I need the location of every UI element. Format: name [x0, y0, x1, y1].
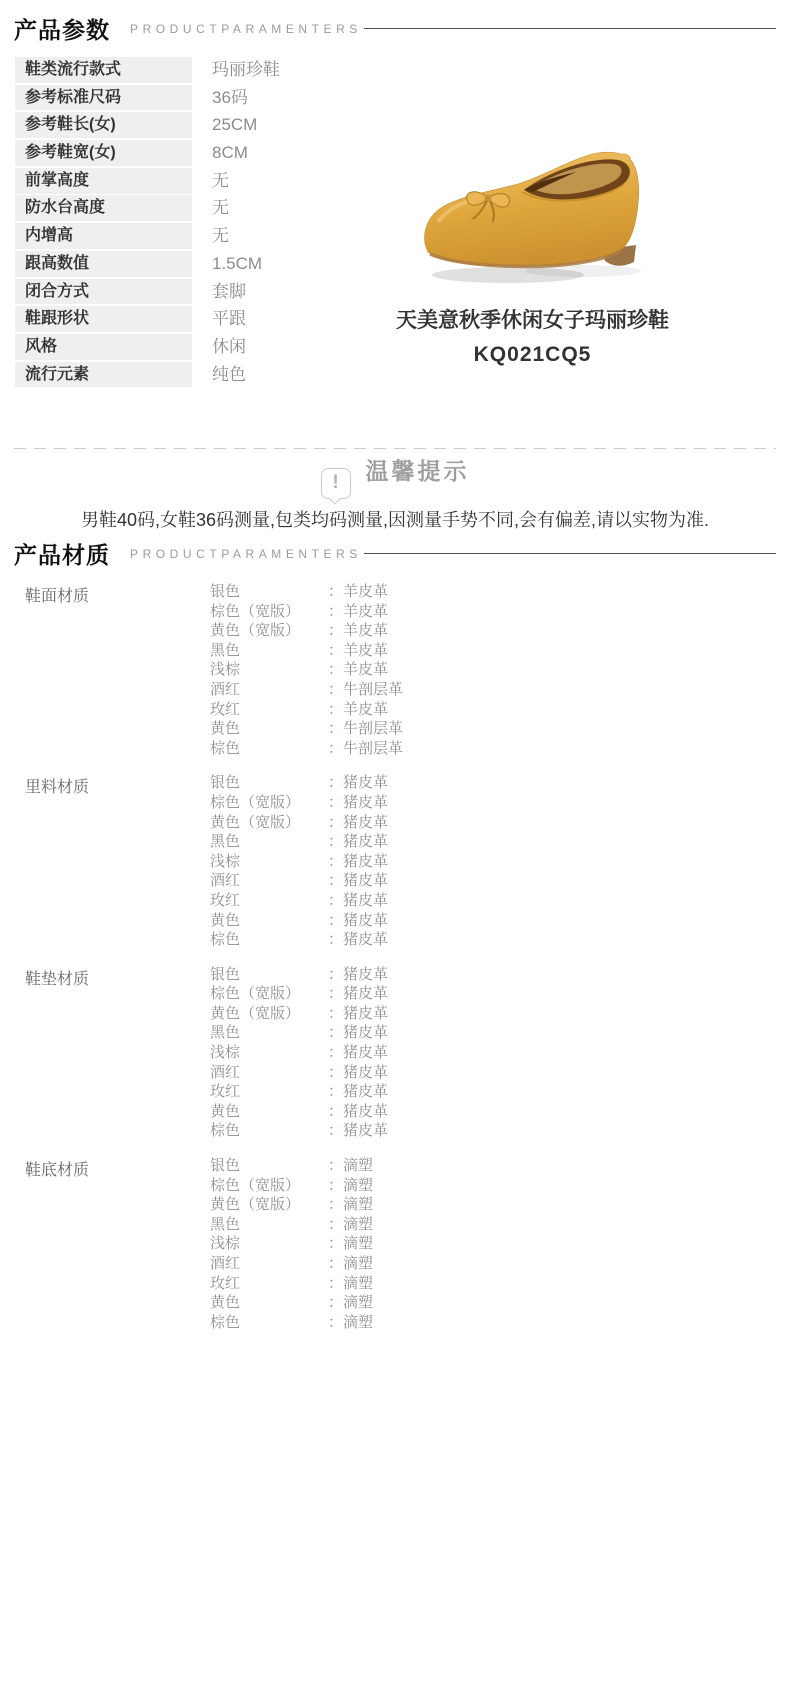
material-row: 银色：猪皮革	[210, 773, 765, 793]
material-section-label: 里料材质	[25, 774, 89, 797]
material-section: 里料材质 银色：猪皮革 棕色（宽版）：猪皮革 黄色（宽版）：猪皮革 黑色：猪皮革…	[25, 773, 765, 949]
material-color-name: 玫红	[210, 1274, 328, 1294]
material-separator: ：	[328, 1216, 343, 1233]
material-color-name: 酒红	[210, 1254, 328, 1274]
material-row: 银色：羊皮革	[210, 582, 765, 602]
material-color-name: 黄色	[210, 719, 328, 739]
param-label: 参考标准尺码	[15, 85, 192, 111]
material-color-name: 浅棕	[210, 852, 328, 872]
material-row: 棕色：猪皮革	[210, 930, 765, 950]
material-color-name: 黑色	[210, 832, 328, 852]
section-header-parameters: 产品参数 PRODUCTPARAMENTERS	[14, 12, 776, 45]
product-image	[408, 150, 658, 292]
notice-header: ! 温馨提示	[0, 456, 790, 499]
material-value: 猪皮革	[343, 872, 388, 889]
exclamation-icon: !	[321, 468, 351, 499]
material-separator: ：	[328, 701, 343, 718]
material-row: 酒红：猪皮革	[210, 871, 765, 891]
material-separator: ：	[328, 853, 343, 870]
material-value: 猪皮革	[343, 1122, 388, 1139]
param-value: 1.5CM	[212, 251, 262, 277]
section-subtitle: PRODUCTPARAMENTERS	[130, 22, 362, 36]
param-value: 无	[212, 168, 229, 194]
material-color-name: 玫红	[210, 1082, 328, 1102]
material-row: 黄色：猪皮革	[210, 1102, 765, 1122]
material-color-name: 浅棕	[210, 1234, 328, 1254]
material-color-name: 酒红	[210, 680, 328, 700]
material-value: 猪皮革	[343, 1083, 388, 1100]
material-row: 浅棕：猪皮革	[210, 1043, 765, 1063]
material-separator: ：	[328, 1083, 343, 1100]
param-row: 参考鞋长(女) 25CM	[15, 112, 715, 138]
materials-list: 鞋面材质 银色：羊皮革 棕色（宽版）：羊皮革 黄色（宽版）：羊皮革 黑色：羊皮革…	[25, 582, 765, 1347]
material-value: 猪皮革	[343, 966, 388, 983]
material-row: 银色：猪皮革	[210, 965, 765, 985]
material-color-name: 酒红	[210, 871, 328, 891]
material-separator: ：	[328, 1103, 343, 1120]
material-color-name: 黑色	[210, 1023, 328, 1043]
material-row: 黄色（宽版）：猪皮革	[210, 813, 765, 833]
material-color-name: 黑色	[210, 641, 328, 661]
material-value: 猪皮革	[343, 1044, 388, 1061]
material-separator: ：	[328, 622, 343, 639]
material-value: 猪皮革	[343, 853, 388, 870]
param-label: 参考鞋长(女)	[15, 112, 192, 138]
material-separator: ：	[328, 892, 343, 909]
material-row: 玫红：猪皮革	[210, 1082, 765, 1102]
material-color-name: 酒红	[210, 1063, 328, 1083]
material-row: 棕色（宽版）：猪皮革	[210, 984, 765, 1004]
material-value: 猪皮革	[343, 1103, 388, 1120]
material-value: 猪皮革	[343, 774, 388, 791]
material-value: 滴塑	[343, 1275, 373, 1292]
material-row: 酒红：滴塑	[210, 1254, 765, 1274]
material-value: 牛剖层革	[343, 681, 403, 698]
material-separator: ：	[328, 1157, 343, 1174]
material-color-name: 银色	[210, 965, 328, 985]
material-value: 羊皮革	[343, 661, 388, 678]
material-row: 黑色：滴塑	[210, 1215, 765, 1235]
material-color-name: 棕色	[210, 930, 328, 950]
material-value: 滴塑	[343, 1235, 373, 1252]
material-separator: ：	[328, 912, 343, 929]
param-row: 参考标准尺码 36码	[15, 85, 715, 111]
param-value: 无	[212, 223, 229, 249]
material-color-name: 浅棕	[210, 660, 328, 680]
material-value: 羊皮革	[343, 701, 388, 718]
material-row: 棕色（宽版）：滴塑	[210, 1176, 765, 1196]
material-separator: ：	[328, 642, 343, 659]
param-value: 休闲	[212, 334, 246, 360]
material-value: 猪皮革	[343, 1064, 388, 1081]
material-row: 浅棕：猪皮革	[210, 852, 765, 872]
material-value: 牛剖层革	[343, 740, 403, 757]
material-color-name: 棕色（宽版）	[210, 1176, 328, 1196]
material-color-name: 黄色	[210, 1293, 328, 1313]
product-name: 天美意秋季休闲女子玛丽珍鞋	[365, 304, 700, 334]
material-color-name: 玫红	[210, 891, 328, 911]
header-rule	[364, 553, 776, 554]
material-row: 黑色：猪皮革	[210, 1023, 765, 1043]
material-separator: ：	[328, 985, 343, 1002]
material-section: 鞋底材质 银色：滴塑 棕色（宽版）：滴塑 黄色（宽版）：滴塑 黑色：滴塑 浅棕：…	[25, 1156, 765, 1332]
product-figure: 天美意秋季休闲女子玛丽珍鞋 KQ021CQ5	[365, 150, 700, 367]
material-separator: ：	[328, 720, 343, 737]
product-model: KQ021CQ5	[365, 343, 700, 367]
material-color-name: 棕色	[210, 1313, 328, 1333]
material-row: 玫红：滴塑	[210, 1274, 765, 1294]
material-color-name: 棕色	[210, 739, 328, 759]
material-separator: ：	[328, 931, 343, 948]
material-row: 黄色（宽版）：猪皮革	[210, 1004, 765, 1024]
param-label: 前掌高度	[15, 168, 192, 194]
material-color-name: 棕色	[210, 1121, 328, 1141]
material-color-name: 银色	[210, 582, 328, 602]
material-row: 棕色（宽版）：羊皮革	[210, 602, 765, 622]
material-separator: ：	[328, 872, 343, 889]
material-separator: ：	[328, 1294, 343, 1311]
material-color-name: 银色	[210, 773, 328, 793]
material-value: 猪皮革	[343, 931, 388, 948]
material-section-label: 鞋面材质	[25, 583, 89, 606]
material-color-name: 银色	[210, 1156, 328, 1176]
material-value: 猪皮革	[343, 814, 388, 831]
material-row: 黄色（宽版）：滴塑	[210, 1195, 765, 1215]
param-label: 鞋类流行款式	[15, 57, 192, 83]
material-section-label: 鞋底材质	[25, 1157, 89, 1180]
material-value: 猪皮革	[343, 794, 388, 811]
material-value: 滴塑	[343, 1255, 373, 1272]
param-value: 25CM	[212, 112, 257, 138]
notice-title: 温馨提示	[366, 456, 470, 486]
material-separator: ：	[328, 740, 343, 757]
material-separator: ：	[328, 814, 343, 831]
material-value: 滴塑	[343, 1196, 373, 1213]
material-section-label: 鞋垫材质	[25, 966, 89, 989]
material-color-name: 棕色（宽版）	[210, 793, 328, 813]
material-color-name: 黄色（宽版）	[210, 1195, 328, 1215]
param-label: 鞋跟形状	[15, 306, 192, 332]
material-separator: ：	[328, 583, 343, 600]
material-separator: ：	[328, 1235, 343, 1252]
material-separator: ：	[328, 681, 343, 698]
material-separator: ：	[328, 1122, 343, 1139]
material-color-name: 棕色（宽版）	[210, 602, 328, 622]
material-value: 猪皮革	[343, 833, 388, 850]
param-value: 套脚	[212, 279, 246, 305]
material-color-name: 黄色	[210, 1102, 328, 1122]
material-row: 黑色：猪皮革	[210, 832, 765, 852]
material-row: 浅棕：滴塑	[210, 1234, 765, 1254]
material-row: 黄色：猪皮革	[210, 911, 765, 931]
param-value: 36码	[212, 85, 248, 111]
material-row: 黑色：羊皮革	[210, 641, 765, 661]
material-value: 猪皮革	[343, 1005, 388, 1022]
material-row: 棕色：牛剖层革	[210, 739, 765, 759]
param-label: 流行元素	[15, 362, 192, 388]
material-separator: ：	[328, 1064, 343, 1081]
material-row: 玫红：羊皮革	[210, 700, 765, 720]
param-value: 无	[212, 195, 229, 221]
param-label: 闭合方式	[15, 279, 192, 305]
material-row: 浅棕：羊皮革	[210, 660, 765, 680]
product-detail-page: 产品参数 PRODUCTPARAMENTERS 鞋类流行款式 玛丽珍鞋 参考标准…	[0, 0, 790, 1690]
material-separator: ：	[328, 661, 343, 678]
material-color-name: 玫红	[210, 700, 328, 720]
param-value: 纯色	[212, 362, 246, 388]
material-separator: ：	[328, 774, 343, 791]
material-value: 滴塑	[343, 1294, 373, 1311]
material-value: 滴塑	[343, 1216, 373, 1233]
material-row: 酒红：猪皮革	[210, 1063, 765, 1083]
material-value: 牛剖层革	[343, 720, 403, 737]
material-separator: ：	[328, 1044, 343, 1061]
material-row: 黄色：牛剖层革	[210, 719, 765, 739]
material-value: 猪皮革	[343, 892, 388, 909]
material-separator: ：	[328, 1275, 343, 1292]
param-value: 平跟	[212, 306, 246, 332]
param-label: 内增高	[15, 223, 192, 249]
section-subtitle: PRODUCTPARAMENTERS	[130, 547, 362, 561]
material-separator: ：	[328, 1255, 343, 1272]
material-separator: ：	[328, 1314, 343, 1331]
material-value: 猪皮革	[343, 912, 388, 929]
header-rule	[364, 28, 776, 29]
section-title: 产品材质	[14, 537, 110, 570]
material-value: 羊皮革	[343, 583, 388, 600]
material-separator: ：	[328, 966, 343, 983]
material-value: 猪皮革	[343, 1024, 388, 1041]
material-row: 黄色（宽版）：羊皮革	[210, 621, 765, 641]
material-separator: ：	[328, 1196, 343, 1213]
param-label: 防水台高度	[15, 195, 192, 221]
material-row: 银色：滴塑	[210, 1156, 765, 1176]
material-value: 羊皮革	[343, 603, 388, 620]
param-value: 玛丽珍鞋	[212, 57, 280, 83]
material-separator: ：	[328, 1024, 343, 1041]
material-separator: ：	[328, 603, 343, 620]
material-section: 鞋垫材质 银色：猪皮革 棕色（宽版）：猪皮革 黄色（宽版）：猪皮革 黑色：猪皮革…	[25, 965, 765, 1141]
material-separator: ：	[328, 833, 343, 850]
param-value: 8CM	[212, 140, 248, 166]
material-row: 酒红：牛剖层革	[210, 680, 765, 700]
section-title: 产品参数	[14, 12, 110, 45]
param-label: 跟高数值	[15, 251, 192, 277]
material-value: 猪皮革	[343, 985, 388, 1002]
material-value: 滴塑	[343, 1157, 373, 1174]
material-color-name: 黑色	[210, 1215, 328, 1235]
param-row: 鞋类流行款式 玛丽珍鞋	[15, 57, 715, 83]
material-color-name: 浅棕	[210, 1043, 328, 1063]
material-color-name: 棕色（宽版）	[210, 984, 328, 1004]
material-color-name: 黄色（宽版）	[210, 1004, 328, 1024]
material-color-name: 黄色（宽版）	[210, 621, 328, 641]
material-row: 棕色：猪皮革	[210, 1121, 765, 1141]
material-color-name: 黄色（宽版）	[210, 813, 328, 833]
param-label: 风格	[15, 334, 192, 360]
material-value: 羊皮革	[343, 622, 388, 639]
material-separator: ：	[328, 1177, 343, 1194]
param-label: 参考鞋宽(女)	[15, 140, 192, 166]
material-separator: ：	[328, 1005, 343, 1022]
section-header-materials: 产品材质 PRODUCTPARAMENTERS	[14, 537, 776, 570]
material-section: 鞋面材质 银色：羊皮革 棕色（宽版）：羊皮革 黄色（宽版）：羊皮革 黑色：羊皮革…	[25, 582, 765, 758]
material-value: 羊皮革	[343, 642, 388, 659]
material-row: 玫红：猪皮革	[210, 891, 765, 911]
material-color-name: 黄色	[210, 911, 328, 931]
dashed-divider	[14, 448, 776, 449]
material-row: 棕色：滴塑	[210, 1313, 765, 1333]
material-row: 棕色（宽版）：猪皮革	[210, 793, 765, 813]
notice-text: 男鞋40码,女鞋36码测量,包类均码测量,因测量手势不同,会有偏差,请以实物为准…	[0, 506, 790, 532]
material-row: 黄色：滴塑	[210, 1293, 765, 1313]
material-separator: ：	[328, 794, 343, 811]
material-value: 滴塑	[343, 1314, 373, 1331]
material-value: 滴塑	[343, 1177, 373, 1194]
